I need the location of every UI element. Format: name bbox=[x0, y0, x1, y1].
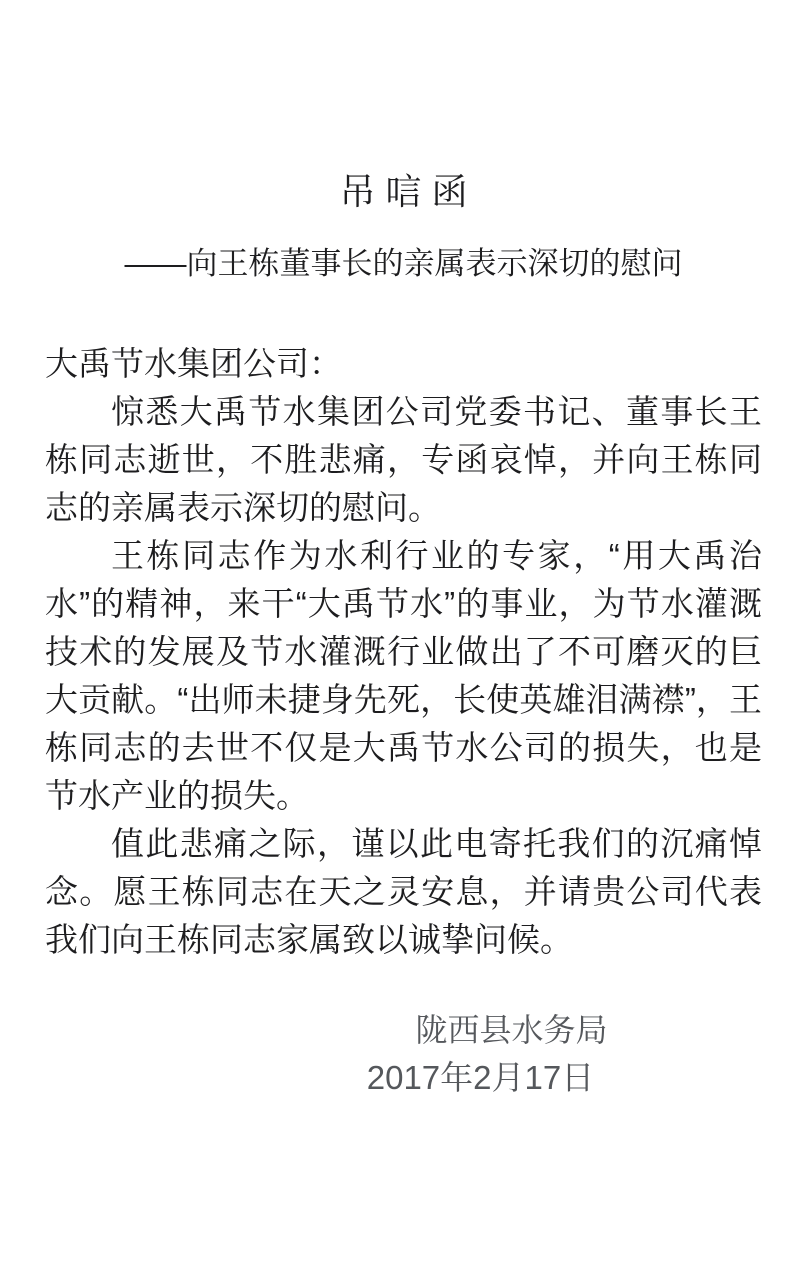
subtitle: ——向王栋董事长的亲属表示深切的慰问 bbox=[45, 244, 762, 284]
salutation: 大禹节水集团公司： bbox=[45, 340, 762, 388]
paragraph: 值此悲痛之际，谨以此电寄托我们的沉痛悼念。愿王栋同志在天之灵安息，并请贵公司代表… bbox=[45, 820, 762, 964]
signature-block: 陇西县水务局 2017年2月17日 bbox=[45, 1006, 762, 1102]
condolence-letter-document: 吊 唁 函 ——向王栋董事长的亲属表示深切的慰问 大禹节水集团公司： 惊悉大禹节… bbox=[0, 0, 806, 1280]
paragraph: 惊悉大禹节水集团公司党委书记、董事长王栋同志逝世，不胜悲痛，专函哀悼，并向王栋同… bbox=[45, 388, 762, 532]
paragraph: 王栋同志作为水利行业的专家，“用大禹治水”的精神，来干“大禹节水”的事业，为节水… bbox=[45, 532, 762, 820]
page-title: 吊 唁 函 bbox=[45, 170, 762, 214]
signature: 陇西县水务局 bbox=[153, 1006, 806, 1054]
date: 2017年2月17日 bbox=[122, 1054, 806, 1102]
letter-body: 大禹节水集团公司： 惊悉大禹节水集团公司党委书记、董事长王栋同志逝世，不胜悲痛，… bbox=[45, 340, 762, 964]
